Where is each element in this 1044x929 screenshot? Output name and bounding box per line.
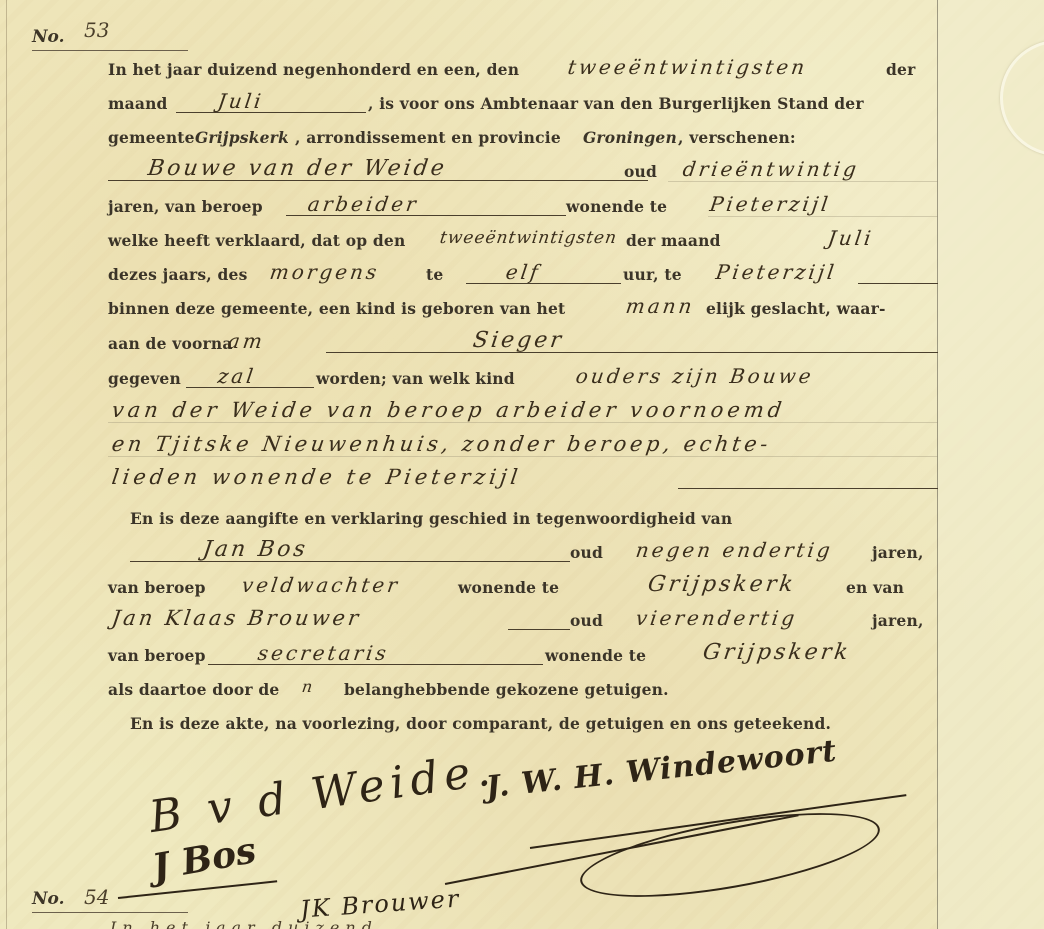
handwritten-text: n — [300, 676, 316, 698]
fill-line — [858, 283, 938, 284]
guide-line — [668, 181, 938, 182]
printed-text: welke heeft verklaard, dat op den — [108, 231, 405, 251]
printed-text: wonende te — [566, 197, 667, 217]
handwritten-declarant-age: drieëntwintig — [681, 158, 860, 180]
handwritten-birth-place: Pieterzijl — [714, 261, 838, 283]
handwritten-parents: en Tjitske Nieuwenhuis, zonder beroep, e… — [110, 433, 772, 455]
handwritten-parents: ouders zijn Bouwe — [574, 365, 815, 387]
text-line-13: lieden wonende te Pieterzijl — [108, 470, 938, 502]
text-line-5: jaren, van beroep arbeider wonende te Pi… — [108, 197, 938, 229]
printed-text: binnen deze gemeente, een kind is gebore… — [108, 299, 565, 319]
handwritten-declarant-name: Bouwe van der Weide — [146, 158, 448, 180]
record-number: 53 — [84, 18, 109, 42]
printed-text: En is deze aangifte en verklaring geschi… — [130, 509, 732, 529]
text-line-4: Bouwe van der Weide oud drieëntwintig — [108, 162, 938, 194]
handwritten-sex: mann — [624, 295, 696, 317]
fill-line — [466, 283, 621, 284]
province-name: Groningen — [583, 128, 677, 148]
handwritten-text: am — [226, 330, 266, 352]
printed-text: gemeente — [108, 128, 195, 148]
handwritten-hour: elf — [504, 261, 542, 283]
printed-text: uur, te — [623, 265, 682, 285]
text-line-19: als daartoe door de n belanghebbende gek… — [108, 680, 938, 712]
handwritten-witness-1-age: negen endertig — [634, 539, 834, 561]
fill-line — [130, 561, 570, 562]
printed-text: van beroep — [108, 646, 206, 666]
text-line-10: gegeven zal worden; van welk kind ouders… — [108, 369, 938, 401]
fill-line — [678, 488, 938, 489]
text-line-18: van beroep secretaris wonende te Grijpsk… — [108, 646, 938, 678]
printed-text: jaren, — [872, 611, 924, 631]
handwritten-child-name: Sieger — [471, 330, 565, 352]
printed-text: aan de voorna — [108, 334, 233, 354]
handwritten-witness-1-residence: Grijpskerk — [646, 574, 797, 596]
next-record-number-label: No. — [32, 889, 65, 909]
handwritten-date-day: tweeëntwintigsten — [566, 56, 808, 78]
handwritten-witness-2-residence: Grijpskerk — [701, 642, 852, 664]
printed-text: belanghebbende gekozene getuigen. — [344, 680, 669, 700]
printed-text: oud — [570, 611, 603, 631]
handwritten-witness-2-name: Jan Klaas Brouwer — [110, 607, 362, 629]
handwritten-birth-month: Juli — [826, 227, 875, 249]
printed-text: en van — [846, 578, 904, 598]
printed-text: oud — [624, 162, 657, 182]
handwritten-text: zal — [216, 365, 257, 387]
printed-text: der maand — [626, 231, 721, 251]
fill-line — [176, 112, 366, 113]
printed-text: jaren, van beroep — [108, 197, 263, 217]
printed-text: maand — [108, 94, 168, 114]
guide-line — [708, 216, 938, 217]
handwritten-witness-1-occupation: veldwachter — [240, 574, 401, 596]
printed-text: , arrondissement en provincie — [295, 128, 561, 148]
signature-flourish-loop — [575, 796, 886, 914]
printed-text: te — [426, 265, 443, 285]
text-line-2: maand Juli , is voor ons Ambtenaar van d… — [108, 94, 938, 126]
guide-line — [108, 422, 938, 423]
signature-underline — [118, 880, 277, 899]
handwritten-parents: van der Weide van beroep arbeider voorno… — [110, 399, 786, 421]
record-number-label: No. — [32, 27, 65, 47]
text-line-17: Jan Klaas Brouwer oud vierendertig jaren… — [108, 611, 938, 643]
municipality-name: Grijpskerk — [195, 128, 289, 148]
handwritten-residence: Pieterzijl — [708, 193, 832, 215]
handwritten-time-of-day: morgens — [268, 261, 380, 283]
handwritten-month: Juli — [216, 90, 265, 112]
text-line-15: Jan Bos oud negen endertig jaren, — [108, 543, 938, 575]
text-line-7: dezes jaars, des morgens te elf uur, te … — [108, 265, 938, 297]
printed-text: elijk geslacht, waar- — [706, 299, 886, 319]
printed-text: worden; van welk kind — [316, 369, 515, 389]
next-record-partial-text: In het jaar duizend ... — [110, 918, 422, 929]
printed-text: , verschenen: — [678, 128, 796, 148]
text-line-9: aan de voorna am Sieger — [108, 334, 938, 366]
handwritten-parents: lieden wonende te Pieterzijl — [110, 466, 522, 488]
next-record-number-rule — [32, 912, 188, 913]
printed-text: wonende te — [545, 646, 646, 666]
handwritten-witness-2-occupation: secretaris — [256, 642, 390, 664]
fill-line — [508, 629, 570, 630]
text-line-11: van der Weide van beroep arbeider voorno… — [108, 403, 938, 435]
printed-text: der — [886, 60, 915, 80]
printed-text: wonende te — [458, 578, 559, 598]
printed-text: oud — [570, 543, 603, 563]
printed-text: , is voor ons Ambtenaar van den Burgerli… — [368, 94, 864, 114]
printed-text: In het jaar duizend negenhonderd en een,… — [108, 60, 519, 80]
printed-text: dezes jaars, des — [108, 265, 248, 285]
handwritten-witness-2-age: vierendertig — [634, 607, 798, 629]
printed-text: En is deze akte, na voorlezing, door com… — [130, 714, 831, 734]
guide-line — [108, 456, 938, 457]
printed-text: als daartoe door de — [108, 680, 279, 700]
left-margin-rule — [6, 0, 7, 929]
handwritten-birth-day: tweeëntwintigsten — [438, 227, 618, 249]
fill-line — [326, 352, 938, 353]
next-record-number: 54 — [84, 885, 109, 909]
text-line-8: binnen deze gemeente, een kind is gebore… — [108, 299, 938, 331]
signature-declarant: B v d Weide. — [146, 744, 499, 843]
handwritten-occupation: arbeider — [306, 193, 420, 215]
text-line-1: In het jaar duizend negenhonderd en een,… — [108, 60, 938, 92]
printed-text: gegeven — [108, 369, 181, 389]
handwritten-witness-1-name: Jan Bos — [201, 539, 309, 561]
printed-text: van beroep — [108, 578, 206, 598]
record-number-rule — [32, 50, 188, 51]
text-line-6: welke heeft verklaard, dat op den tweeën… — [108, 231, 938, 263]
civil-registry-birth-record: No. 53 In het jaar duizend negenhonderd … — [0, 0, 1044, 929]
printed-text: jaren, — [872, 543, 924, 563]
